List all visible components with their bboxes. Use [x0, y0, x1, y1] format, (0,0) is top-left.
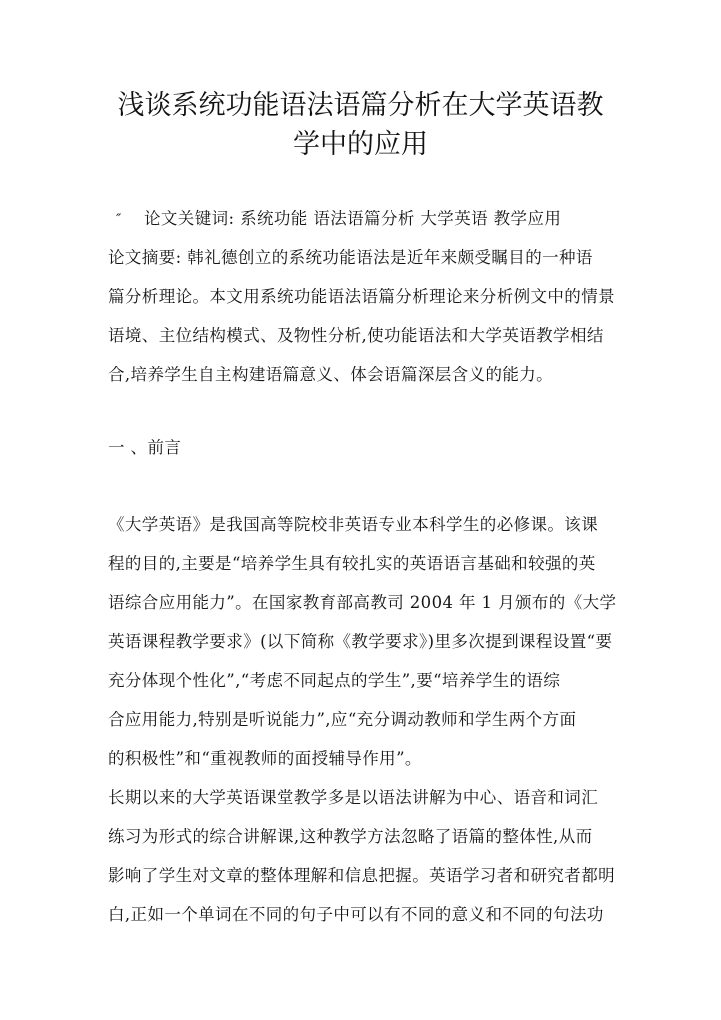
document-page: 浅谈系统功能语法语篇分析在大学英语教 学中的应用 ″论文关键词: 系统功能 语法… — [0, 0, 721, 1020]
paragraph-line: 影响了学生对文章的整体理解和信息把握。英语学习者和研究者都明 — [108, 866, 620, 886]
keywords-line: ″论文关键词: 系统功能 语法语篇分析 大学英语 教学应用 — [108, 209, 620, 230]
paragraph-line: 充分体现个性化”,“考虑不同起点的学生”,要“培养学生的语综 — [108, 671, 620, 691]
title-line-2: 学中的应用 — [100, 125, 621, 164]
document-title: 浅谈系统功能语法语篇分析在大学英语教 学中的应用 — [100, 86, 621, 164]
section-heading: 一 、前言 — [108, 438, 620, 458]
abstract-line: 论文摘要: 韩礼德创立的系统功能语法是近年来颇受瞩目的一种语 — [108, 248, 620, 268]
paragraph-line: 练习为形式的综合讲解课,这种教学方法忽略了语篇的整体性,从而 — [108, 827, 620, 847]
abstract-line: 语境、主位结构模式、及物性分析,使功能语法和大学英语教学相结 — [108, 326, 620, 346]
abstract-line: 合,培养学生自主构建语篇意义、体会语篇深层含义的能力。 — [108, 365, 620, 385]
quote-mark-icon: ″ — [116, 210, 144, 230]
paragraph-line: 的积极性”和“重视教师的面授辅导作用”。 — [108, 749, 620, 769]
abstract-line: 篇分析理论。本文用系统功能语法语篇分析理论来分析例文中的情景 — [108, 287, 620, 307]
paragraph-line: 长期以来的大学英语课堂教学多是以语法讲解为中心、语音和词汇 — [108, 788, 620, 808]
title-line-1: 浅谈系统功能语法语篇分析在大学英语教 — [100, 86, 621, 125]
paragraph-line: 英语课程教学要求》(以下简称《教学要求》)里多次提到课程设置“要 — [108, 632, 620, 652]
paragraph-line: 合应用能力,特别是听说能力”,应“充分调动教师和学生两个方面 — [108, 710, 620, 730]
paragraph-line: 语综合应用能力”。在国家教育部高教司 2004 年 1 月颁布的《大学 — [108, 593, 620, 613]
paragraph-line: 程的目的,主要是“培养学生具有较扎实的英语语言基础和较强的英 — [108, 554, 620, 574]
paragraph-line: 白,正如一个单词在不同的句子中可以有不同的意义和不同的句法功 — [108, 905, 620, 925]
paragraph-line: 《大学英语》是我国高等院校非英语专业本科学生的必修课。该课 — [108, 515, 620, 535]
keywords-text: 论文关键词: 系统功能 语法语篇分析 大学英语 教学应用 — [144, 209, 561, 228]
